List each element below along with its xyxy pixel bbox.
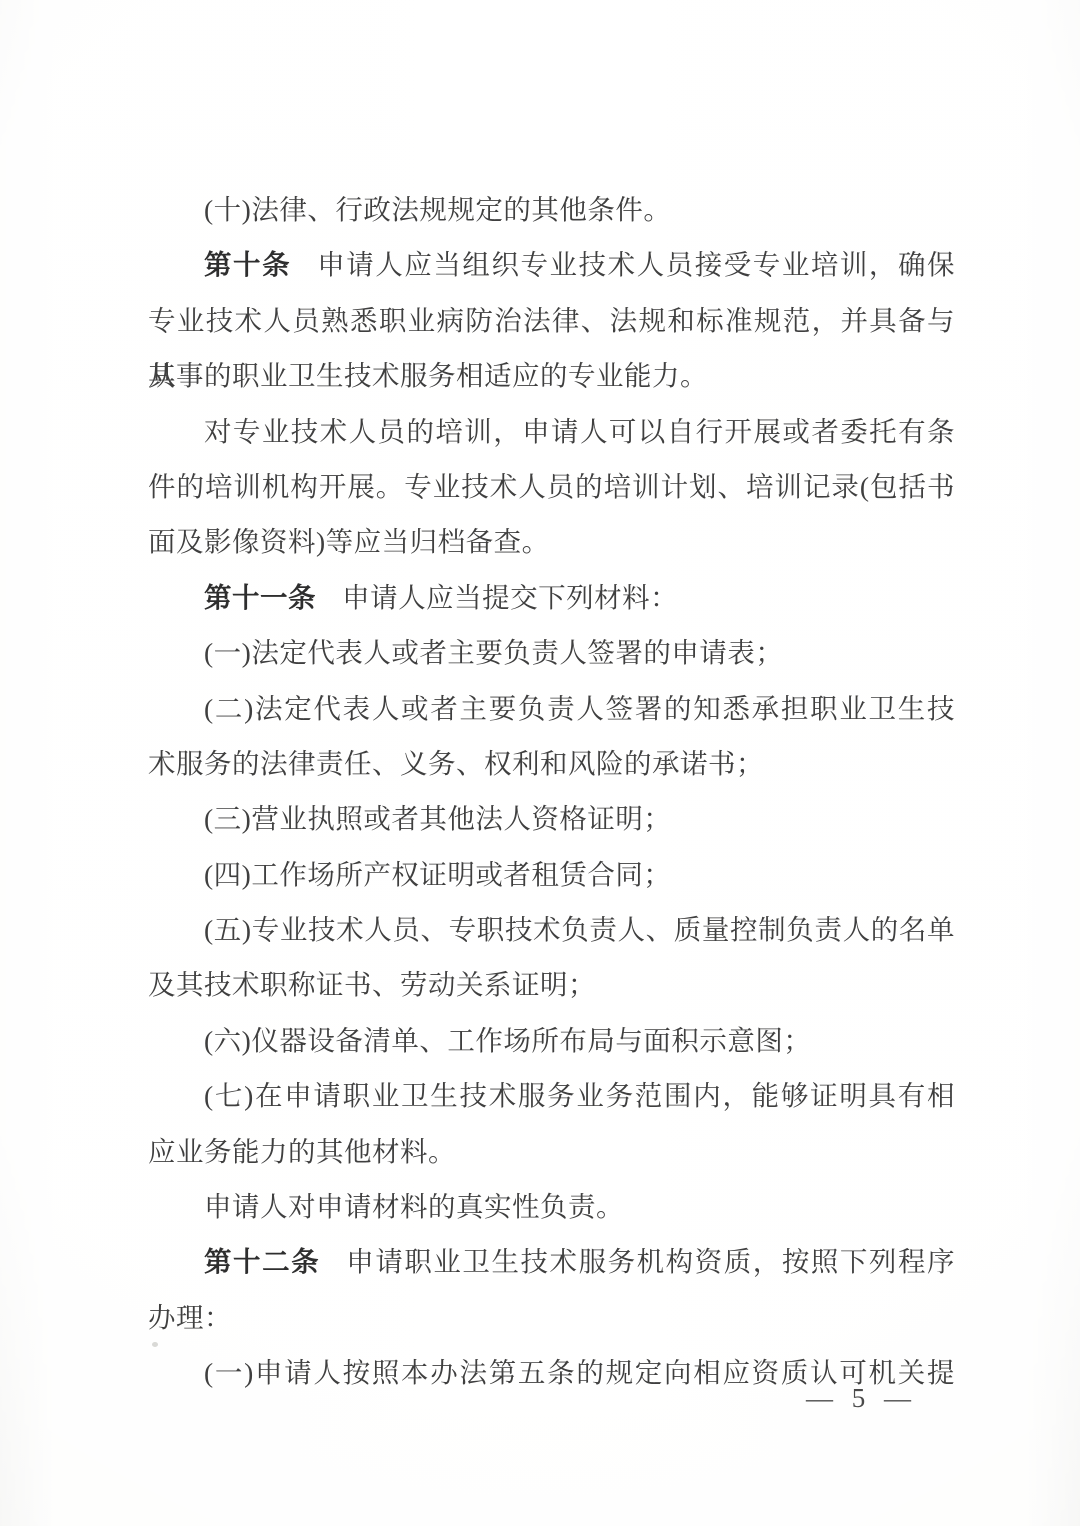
text-line: 申请人对申请材料的真实性负责。 [148,1179,955,1234]
text-line: (四)工作场所产权证明或者租赁合同； [148,847,955,902]
text-line: (十)法律、行政法规规定的其他条件。 [148,182,955,237]
text-run: 办理： [148,1302,232,1333]
scan-speckle [152,1342,158,1347]
article-heading: 第十二条 [204,1246,320,1277]
text-run: (十)法律、行政法规规定的其他条件。 [204,194,671,225]
text-line: (七)在申请职业卫生技术服务业务范围内，能够证明具有相 [148,1068,955,1123]
text-run: (二)法定代表人或者主要负责人签署的知悉承担职业卫生技 [204,693,955,724]
text-run: (七)在申请职业卫生技术服务业务范围内，能够证明具有相 [204,1080,955,1111]
document-body: (十)法律、行政法规规定的其他条件。第十条申请人应当组织专业技术人员接受专业培训… [148,182,955,1401]
article-heading: 第十一条 [204,582,316,613]
text-line: 第十二条申请职业卫生技术服务机构资质，按照下列程序 [148,1234,955,1289]
text-line: (二)法定代表人或者主要负责人签署的知悉承担职业卫生技 [148,681,955,736]
text-line: 面及影像资料)等应当归档备查。 [148,514,955,569]
article-heading: 第十条 [204,249,291,280]
text-run: 件的培训机构开展。专业技术人员的培训计划、培训记录(包括书 [148,471,955,502]
scan-page: { "theme": { "text_color": "#3f3f3f", "h… [0,0,1080,1526]
text-line: 第十一条申请人应当提交下列材料： [148,570,955,625]
text-run: 对专业技术人员的培训，申请人可以自行开展或者委托有条 [204,416,955,447]
text-run: (四)工作场所产权证明或者租赁合同； [204,859,671,890]
text-run: 申请职业卫生技术服务机构资质，按照下列程序 [346,1246,955,1277]
text-run: (六)仪器设备清单、工作场所布局与面积示意图； [204,1025,811,1056]
text-line: 专业技术人员熟悉职业病防治法律、法规和标准规范，并具备与其 [148,293,955,348]
text-line: 术服务的法律责任、义务、权利和风险的承诺书； [148,736,955,791]
text-line: 从事的职业卫生技术服务相适应的专业能力。 [148,348,955,403]
text-run: (一)法定代表人或者主要负责人签署的申请表； [204,637,783,668]
text-line: (一)法定代表人或者主要负责人签署的申请表； [148,625,955,680]
text-run: 申请人应当提交下列材料： [342,582,678,613]
text-line: 对专业技术人员的培训，申请人可以自行开展或者委托有条 [148,404,955,459]
text-run: 面及影像资料)等应当归档备查。 [148,526,550,557]
text-line: 件的培训机构开展。专业技术人员的培训计划、培训记录(包括书 [148,459,955,514]
text-run: 及其技术职称证书、劳动关系证明； [148,969,596,1000]
text-run: 申请人对申请材料的真实性负责。 [204,1191,624,1222]
text-line: 第十条申请人应当组织专业技术人员接受专业培训，确保 [148,237,955,292]
text-run: 从事的职业卫生技术服务相适应的专业能力。 [148,360,708,391]
text-line: (三)营业执照或者其他法人资格证明； [148,791,955,846]
text-run: 应业务能力的其他材料。 [148,1136,456,1167]
text-line: (六)仪器设备清单、工作场所布局与面积示意图； [148,1013,955,1068]
text-line: 应业务能力的其他材料。 [148,1124,955,1179]
text-line: 办理： [148,1290,955,1345]
text-run: 术服务的法律责任、义务、权利和风险的承诺书； [148,748,764,779]
text-line: 及其技术职称证书、劳动关系证明； [148,957,955,1012]
text-run: 申请人应当组织专业技术人员接受专业培训，确保 [317,249,955,280]
text-run: (三)营业执照或者其他法人资格证明； [204,803,671,834]
text-line: (五)专业技术人员、专职技术负责人、质量控制负责人的名单 [148,902,955,957]
page-number: — 5 — [806,1381,912,1415]
text-run: (五)专业技术人员、专职技术负责人、质量控制负责人的名单 [204,914,955,945]
